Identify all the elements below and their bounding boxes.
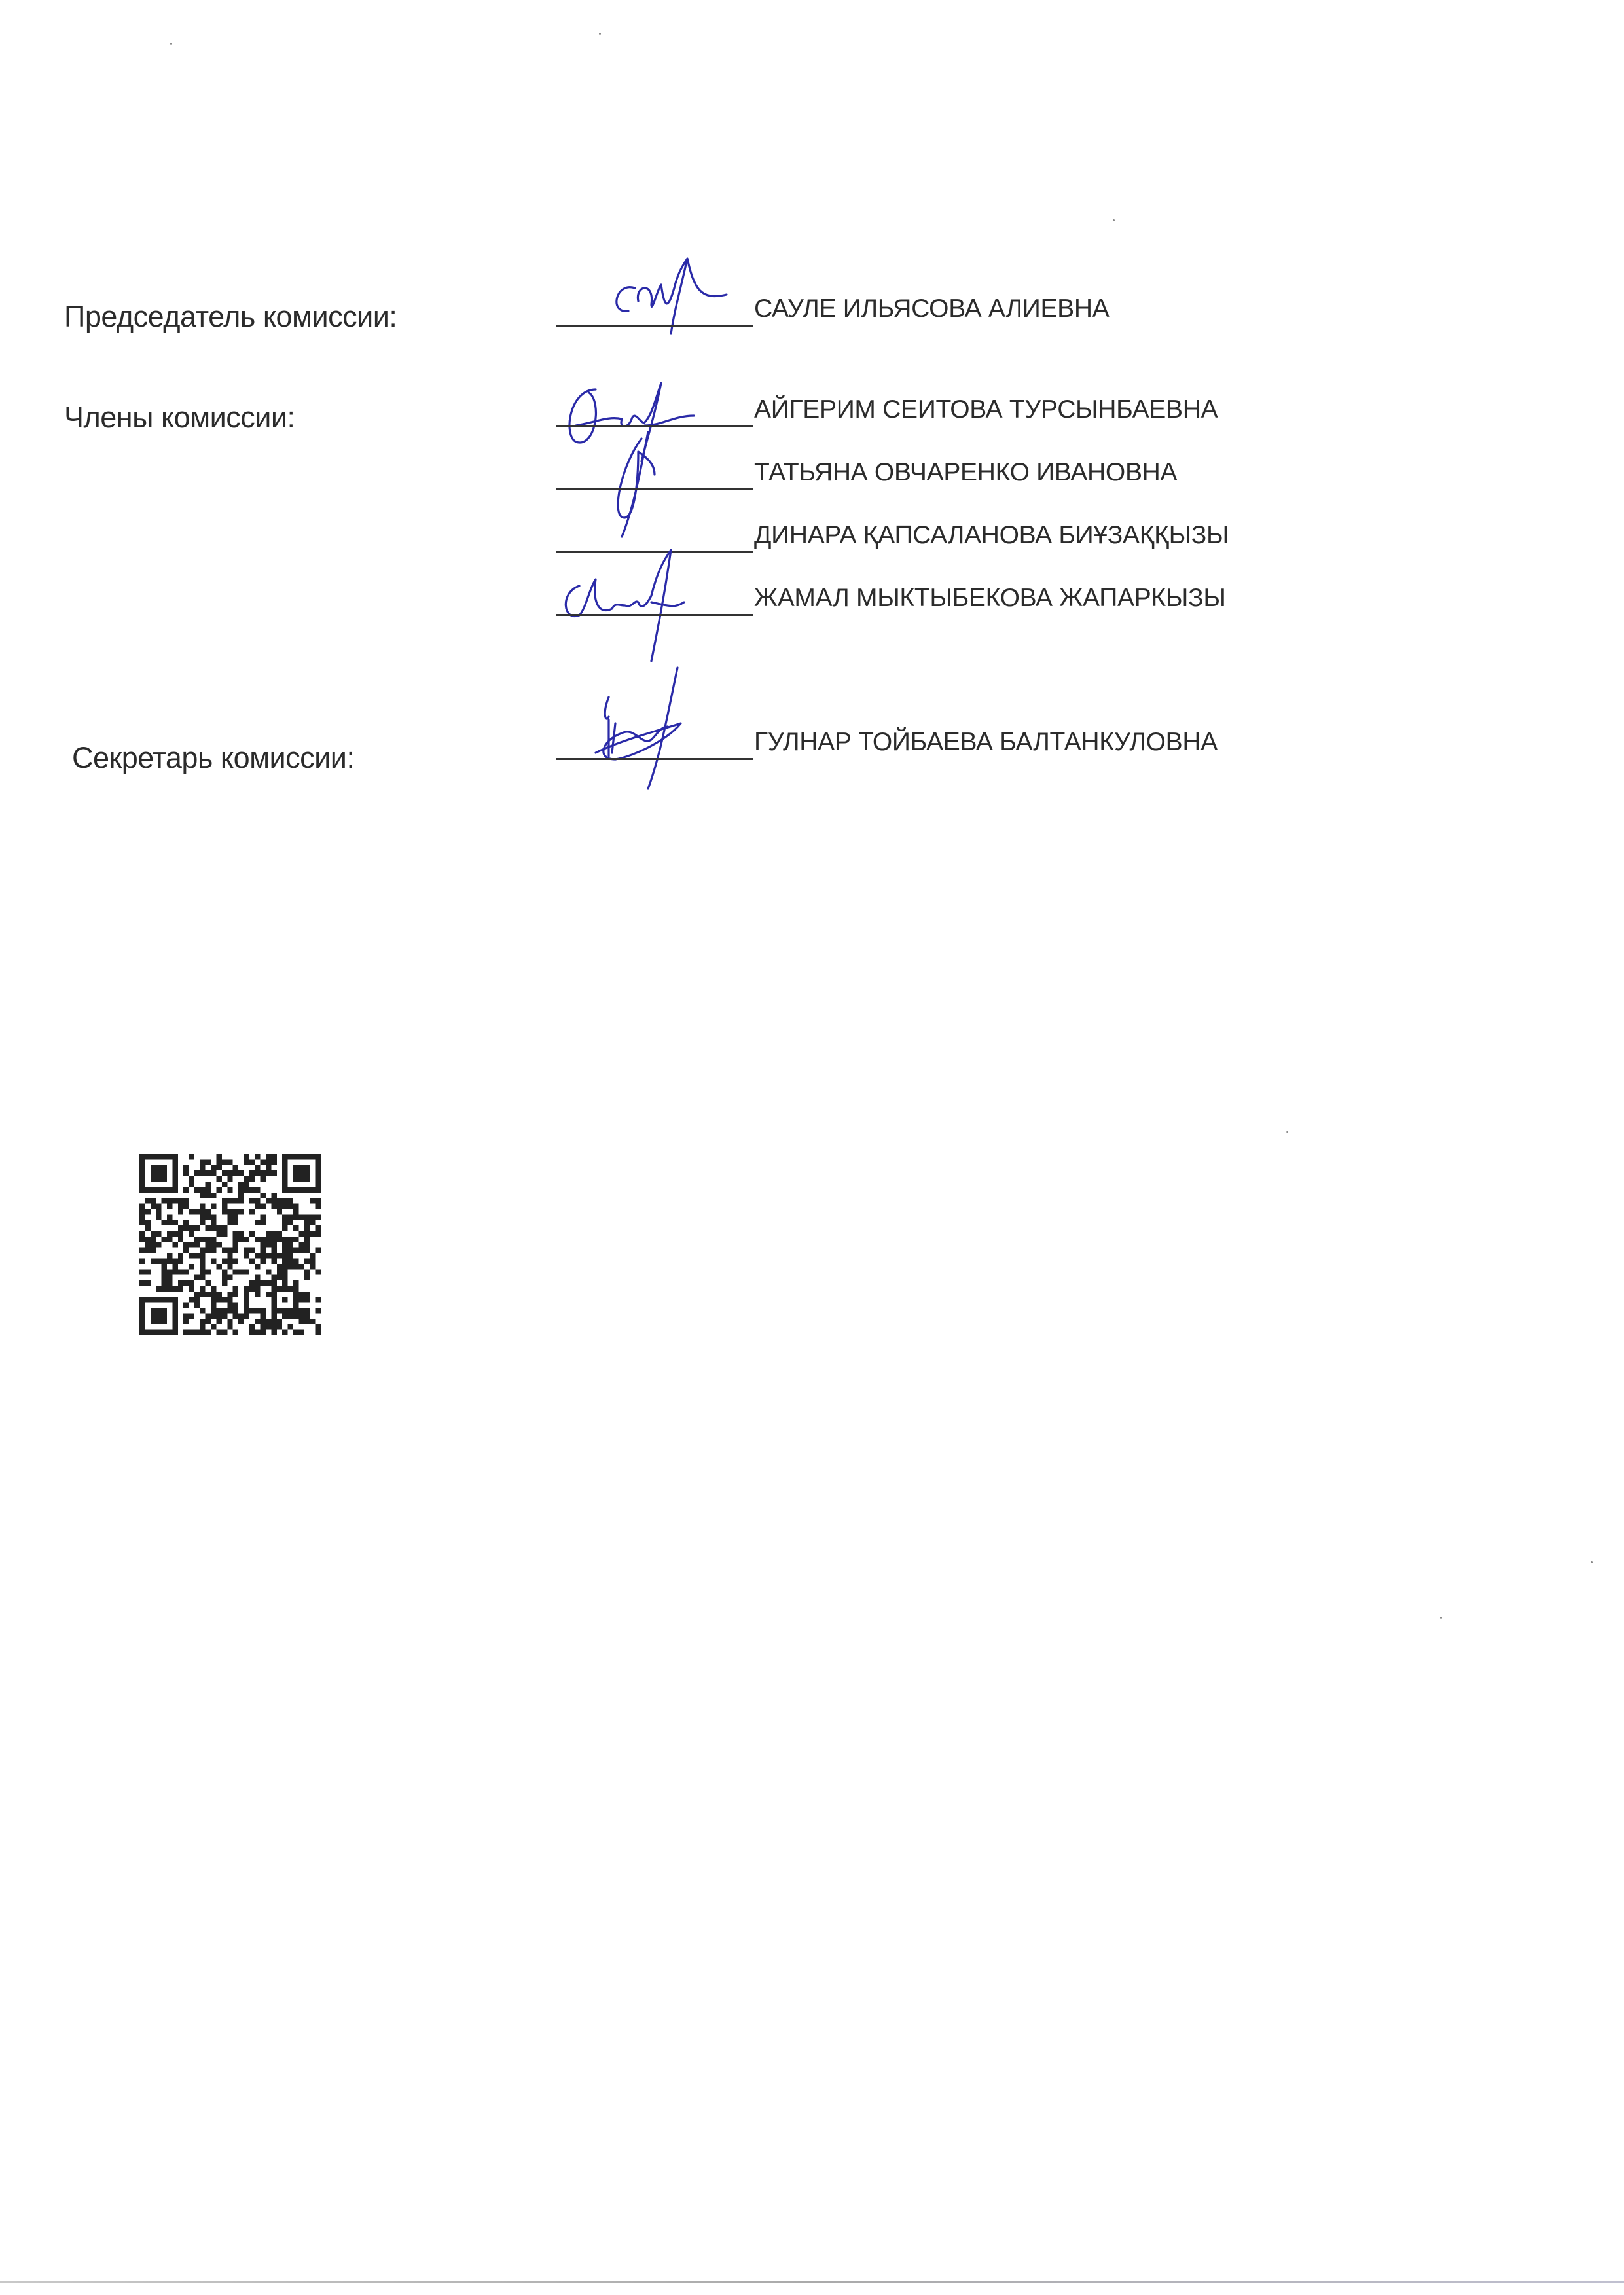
secretary-label: Секретарь комиссии:: [72, 741, 354, 775]
member-1-name: АЙГЕРИМ СЕИТОВА ТУРСЫНБАЕВНА: [754, 395, 1218, 424]
qr-code-icon: [139, 1154, 321, 1335]
member-4-signature-icon: [553, 530, 710, 661]
scan-speck: [1591, 1561, 1593, 1563]
scan-speck: [170, 43, 172, 45]
chair-name: САУЛЕ ИЛЬЯСОВА АЛИЕВНА: [754, 295, 1109, 323]
chair-label: Председатель комиссии:: [64, 300, 397, 334]
member-3-name: ДИНАРА ҚАПСАЛАНОВА БИҰЗАҚҚЫЗЫ: [754, 521, 1229, 550]
page-bottom-edge: [0, 2281, 1624, 2283]
scan-speck: [1440, 1617, 1442, 1619]
member-2-signature-line: [556, 488, 753, 490]
secretary-signature-icon: [569, 661, 733, 792]
scan-speck: [1286, 1131, 1288, 1133]
scan-speck: [599, 33, 601, 35]
member-4-signature-line: [556, 614, 753, 616]
scan-speck: [1113, 219, 1115, 221]
member-2-signature-icon: [576, 425, 694, 543]
chair-signature-icon: [589, 249, 759, 340]
members-label: Члены комиссии:: [64, 401, 295, 435]
member-4-name: ЖАМАЛ МЫКТЫБЕКОВА ЖАПАРКЫЗЫ: [754, 584, 1226, 613]
secretary-name: ГУЛНАР ТОЙБАЕВА БАЛТАНКУЛОВНА: [754, 728, 1218, 757]
member-2-name: ТАТЬЯНА ОВЧАРЕНКО ИВАНОВНА: [754, 458, 1177, 487]
chair-signature-line: [556, 325, 753, 327]
secretary-signature-line: [556, 758, 753, 760]
